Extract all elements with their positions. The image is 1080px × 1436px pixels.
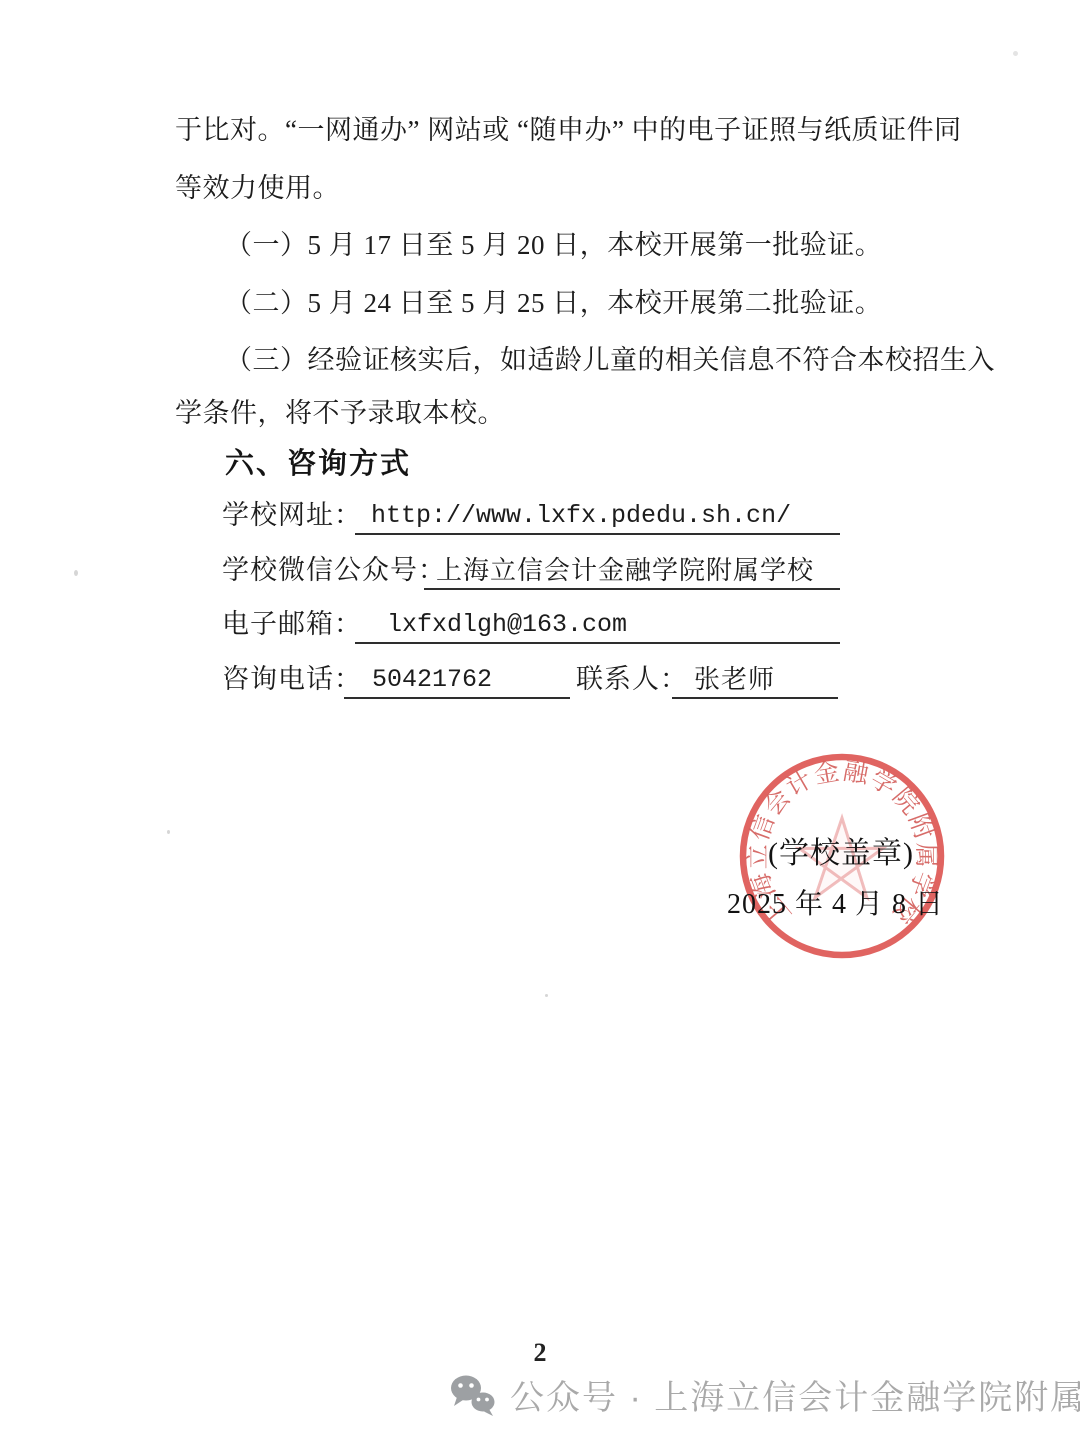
form-row-website: 学校网址： http://www.lxfx.pdedu.sh.cn/ bbox=[222, 493, 840, 535]
footer-watermark-text: 公众号 · 上海立信会计金融学院附属学校 bbox=[510, 1370, 1080, 1419]
scan-speck bbox=[1013, 51, 1018, 56]
body-line: 等效力使用。 bbox=[175, 166, 945, 205]
stamp-caption: (学校盖章) bbox=[768, 828, 914, 872]
form-row-phone-contact: 咨询电话： 50421762 联系人： 张老师 bbox=[222, 657, 838, 699]
scan-speck bbox=[167, 830, 170, 834]
footer-watermark: 公众号 · 上海立信会计金融学院附属学校 bbox=[448, 1370, 1080, 1419]
contact-label: 联系人： bbox=[576, 657, 672, 699]
page-number: 2 bbox=[0, 1338, 1080, 1368]
contact-value: 张老师 bbox=[694, 665, 775, 694]
website-value: http://www.lxfx.pdedu.sh.cn/ bbox=[371, 501, 791, 530]
scan-speck bbox=[545, 994, 548, 997]
phone-field: 50421762 bbox=[344, 665, 570, 699]
email-value: lxfxdlgh@163.com bbox=[387, 610, 627, 639]
contact-field: 张老师 bbox=[672, 665, 838, 699]
body-line: 学条件，将不予录取本校。 bbox=[175, 391, 945, 430]
scan-speck bbox=[74, 570, 78, 576]
section-heading: 六、咨询方式 bbox=[225, 441, 411, 482]
wechat-value: 上海立信会计金融学院附属学校 bbox=[436, 556, 814, 585]
form-row-email: 电子邮箱： lxfxdlgh@163.com bbox=[222, 602, 840, 644]
website-label: 学校网址： bbox=[222, 493, 355, 535]
wechat-icon bbox=[448, 1371, 498, 1419]
wechat-field: 上海立信会计金融学院附属学校 bbox=[424, 556, 840, 590]
email-label: 电子邮箱： bbox=[222, 602, 355, 644]
body-line: （二）5 月 24 日至 5 月 25 日，本校开展第二批验证。 bbox=[225, 281, 995, 320]
form-row-wechat: 学校微信公众号： 上海立信会计金融学院附属学校 bbox=[222, 548, 840, 590]
document-page: 于比对。“一网通办” 网站或 “随申办” 中的电子证照与纸质证件同 等效力使用。… bbox=[0, 0, 1080, 1436]
body-line: （一）5 月 17 日至 5 月 20 日，本校开展第一批验证。 bbox=[225, 223, 995, 262]
website-field: http://www.lxfx.pdedu.sh.cn/ bbox=[355, 501, 840, 535]
phone-label: 咨询电话： bbox=[222, 657, 344, 699]
body-line: （三）经验证核实后，如适龄儿童的相关信息不符合本校招生入 bbox=[225, 338, 995, 377]
email-field: lxfxdlgh@163.com bbox=[355, 610, 840, 644]
body-line: 于比对。“一网通办” 网站或 “随申办” 中的电子证照与纸质证件同 bbox=[175, 108, 945, 147]
phone-value: 50421762 bbox=[372, 665, 492, 694]
stamp-date: 2025 年 4 月 8 日 bbox=[727, 882, 944, 922]
wechat-label: 学校微信公众号： bbox=[222, 548, 424, 590]
